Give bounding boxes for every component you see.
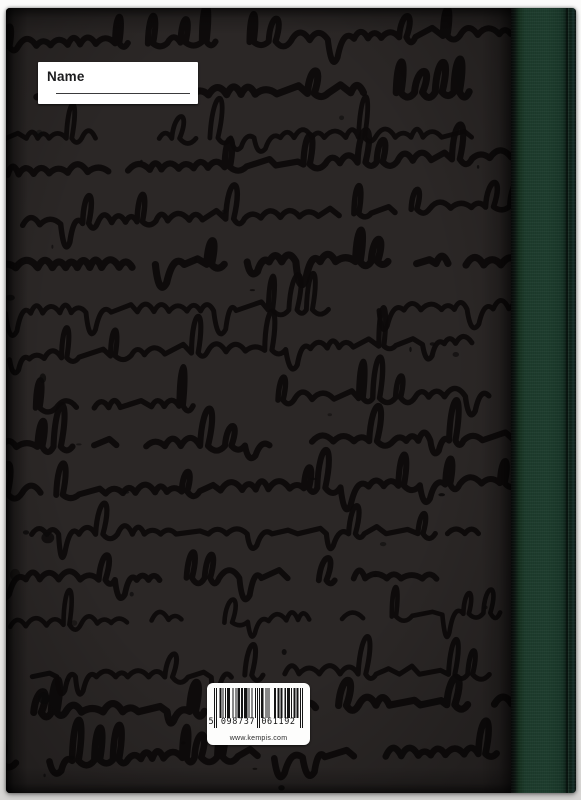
barcode-digit-lead: 5 bbox=[207, 718, 215, 727]
spine bbox=[511, 8, 576, 793]
barcode-label: 5 098737 061192 www.kempis.com bbox=[207, 683, 310, 745]
name-underline bbox=[56, 93, 190, 95]
barcode-digits-right: 061192 bbox=[260, 718, 297, 727]
spine-crease bbox=[566, 8, 568, 793]
handwriting-texture bbox=[6, 8, 511, 793]
cover: Name 5 098737 061192 www.kempis.com bbox=[6, 8, 511, 793]
name-label: Name bbox=[38, 62, 198, 104]
scanned-photo: Name 5 098737 061192 www.kempis.com bbox=[0, 0, 581, 800]
notebook-back-cover: Name 5 098737 061192 www.kempis.com bbox=[6, 8, 576, 793]
barcode-digits-left: 098737 bbox=[220, 718, 256, 727]
name-label-text: Name bbox=[47, 69, 85, 84]
barcode-url: www.kempis.com bbox=[207, 735, 310, 742]
